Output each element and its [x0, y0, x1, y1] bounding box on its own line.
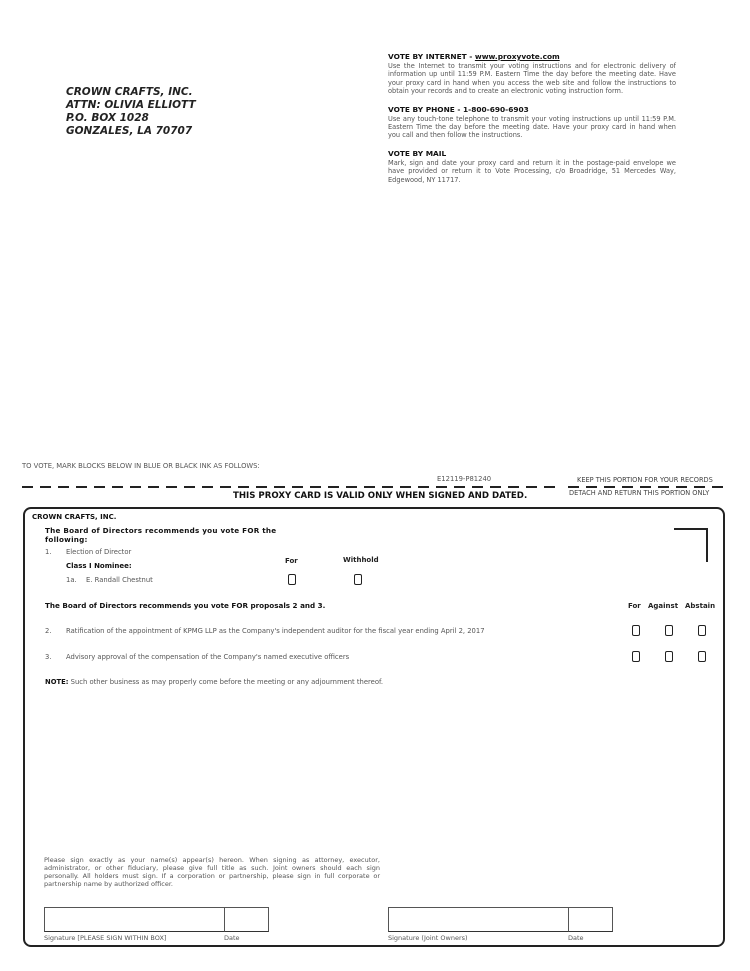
proposal-3-against-checkbox[interactable]	[665, 651, 673, 662]
vote-by-mail-title: VOTE BY MAIL	[388, 149, 676, 159]
vote-by-phone: VOTE BY PHONE - 1-800-690-6903 Use any t…	[388, 105, 676, 140]
joint-date-box[interactable]	[568, 907, 613, 932]
date-label: Date	[224, 934, 240, 942]
signature-box[interactable]	[44, 907, 225, 932]
date-box[interactable]	[224, 907, 269, 932]
return-address: CROWN CRAFTS, INC. ATTN: OLIVIA ELLIOTT …	[66, 86, 196, 138]
mark-instructions: TO VOTE, MARK BLOCKS BELOW IN BLUE OR BL…	[22, 462, 260, 470]
corner-registration-mark	[674, 528, 708, 562]
vote-by-phone-title: VOTE BY PHONE - 1-800-690-6903	[388, 105, 676, 115]
address-line: ATTN: OLIVIA ELLIOTT	[66, 99, 196, 112]
joint-signature-label: Signature (Joint Owners)	[388, 934, 468, 942]
col-for: For	[628, 602, 641, 610]
proposal-3-abstain-checkbox[interactable]	[698, 651, 706, 662]
proposal-3-number: 3.	[45, 653, 52, 661]
address-line: GONZALES, LA 70707	[66, 125, 196, 138]
nominee-number: 1a.	[66, 576, 77, 584]
vote-by-mail-body: Mark, sign and date your proxy card and …	[388, 159, 676, 184]
board-recommendation-1: The Board of Directors recommends you vo…	[45, 527, 285, 544]
col-against: Against	[648, 602, 678, 610]
note: NOTE: Such other business as may properl…	[45, 678, 383, 686]
address-line: CROWN CRAFTS, INC.	[66, 86, 196, 99]
signature-label: Signature [PLEASE SIGN WITHIN BOX]	[44, 934, 166, 942]
col-for: For	[285, 557, 298, 565]
signature-instructions: Please sign exactly as your name(s) appe…	[44, 856, 380, 888]
proposal-2-abstain-checkbox[interactable]	[698, 625, 706, 636]
note-label: NOTE:	[45, 678, 68, 686]
proposal-2-against-checkbox[interactable]	[665, 625, 673, 636]
detach-portion-label: DETACH AND RETURN THIS PORTION ONLY	[569, 489, 709, 497]
item-1-number: 1.	[45, 548, 52, 556]
note-text: Such other business as may properly come…	[68, 678, 383, 686]
vote-by-internet-title: VOTE BY INTERNET - www.proxyvote.com	[388, 52, 676, 62]
address-line: P.O. BOX 1028	[66, 112, 196, 125]
joint-date-label: Date	[568, 934, 584, 942]
board-recommendation-2: The Board of Directors recommends you vo…	[45, 601, 325, 610]
proposal-2-number: 2.	[45, 627, 52, 635]
joint-signature-box[interactable]	[388, 907, 569, 932]
proposal-3-text: Advisory approval of the compensation of…	[66, 653, 349, 661]
proxyvote-link[interactable]: www.proxyvote.com	[475, 52, 560, 61]
vote-by-internet-body: Use the Internet to transmit your voting…	[388, 62, 676, 96]
vote-by-mail: VOTE BY MAIL Mark, sign and date your pr…	[388, 149, 676, 184]
perforation-line-right	[568, 486, 728, 488]
proposal-2-text: Ratification of the appointment of KPMG …	[66, 627, 485, 635]
perforation-line	[22, 486, 562, 488]
proposal-3-for-checkbox[interactable]	[632, 651, 640, 662]
vote-by-internet: VOTE BY INTERNET - www.proxyvote.com Use…	[388, 52, 676, 96]
nominee-1a-withhold-checkbox[interactable]	[354, 574, 362, 585]
nominee-1a-for-checkbox[interactable]	[288, 574, 296, 585]
col-abstain: Abstain	[685, 602, 715, 610]
proposal-2-for-checkbox[interactable]	[632, 625, 640, 636]
item-1-label: Election of Director	[66, 548, 131, 556]
vote-by-phone-body: Use any touch-tone telephone to transmit…	[388, 115, 676, 140]
class-nominee-label: Class I Nominee:	[66, 562, 132, 570]
control-number: E12119-P81240	[437, 475, 491, 483]
nominee-name: E. Randall Chestnut	[86, 576, 153, 584]
col-withhold: Withhold	[343, 556, 379, 564]
valid-notice: THIS PROXY CARD IS VALID ONLY WHEN SIGNE…	[233, 491, 527, 501]
voting-instructions: VOTE BY INTERNET - www.proxyvote.com Use…	[388, 52, 676, 193]
card-company-name: CROWN CRAFTS, INC.	[32, 513, 116, 521]
keep-portion-label: KEEP THIS PORTION FOR YOUR RECORDS	[577, 476, 713, 484]
